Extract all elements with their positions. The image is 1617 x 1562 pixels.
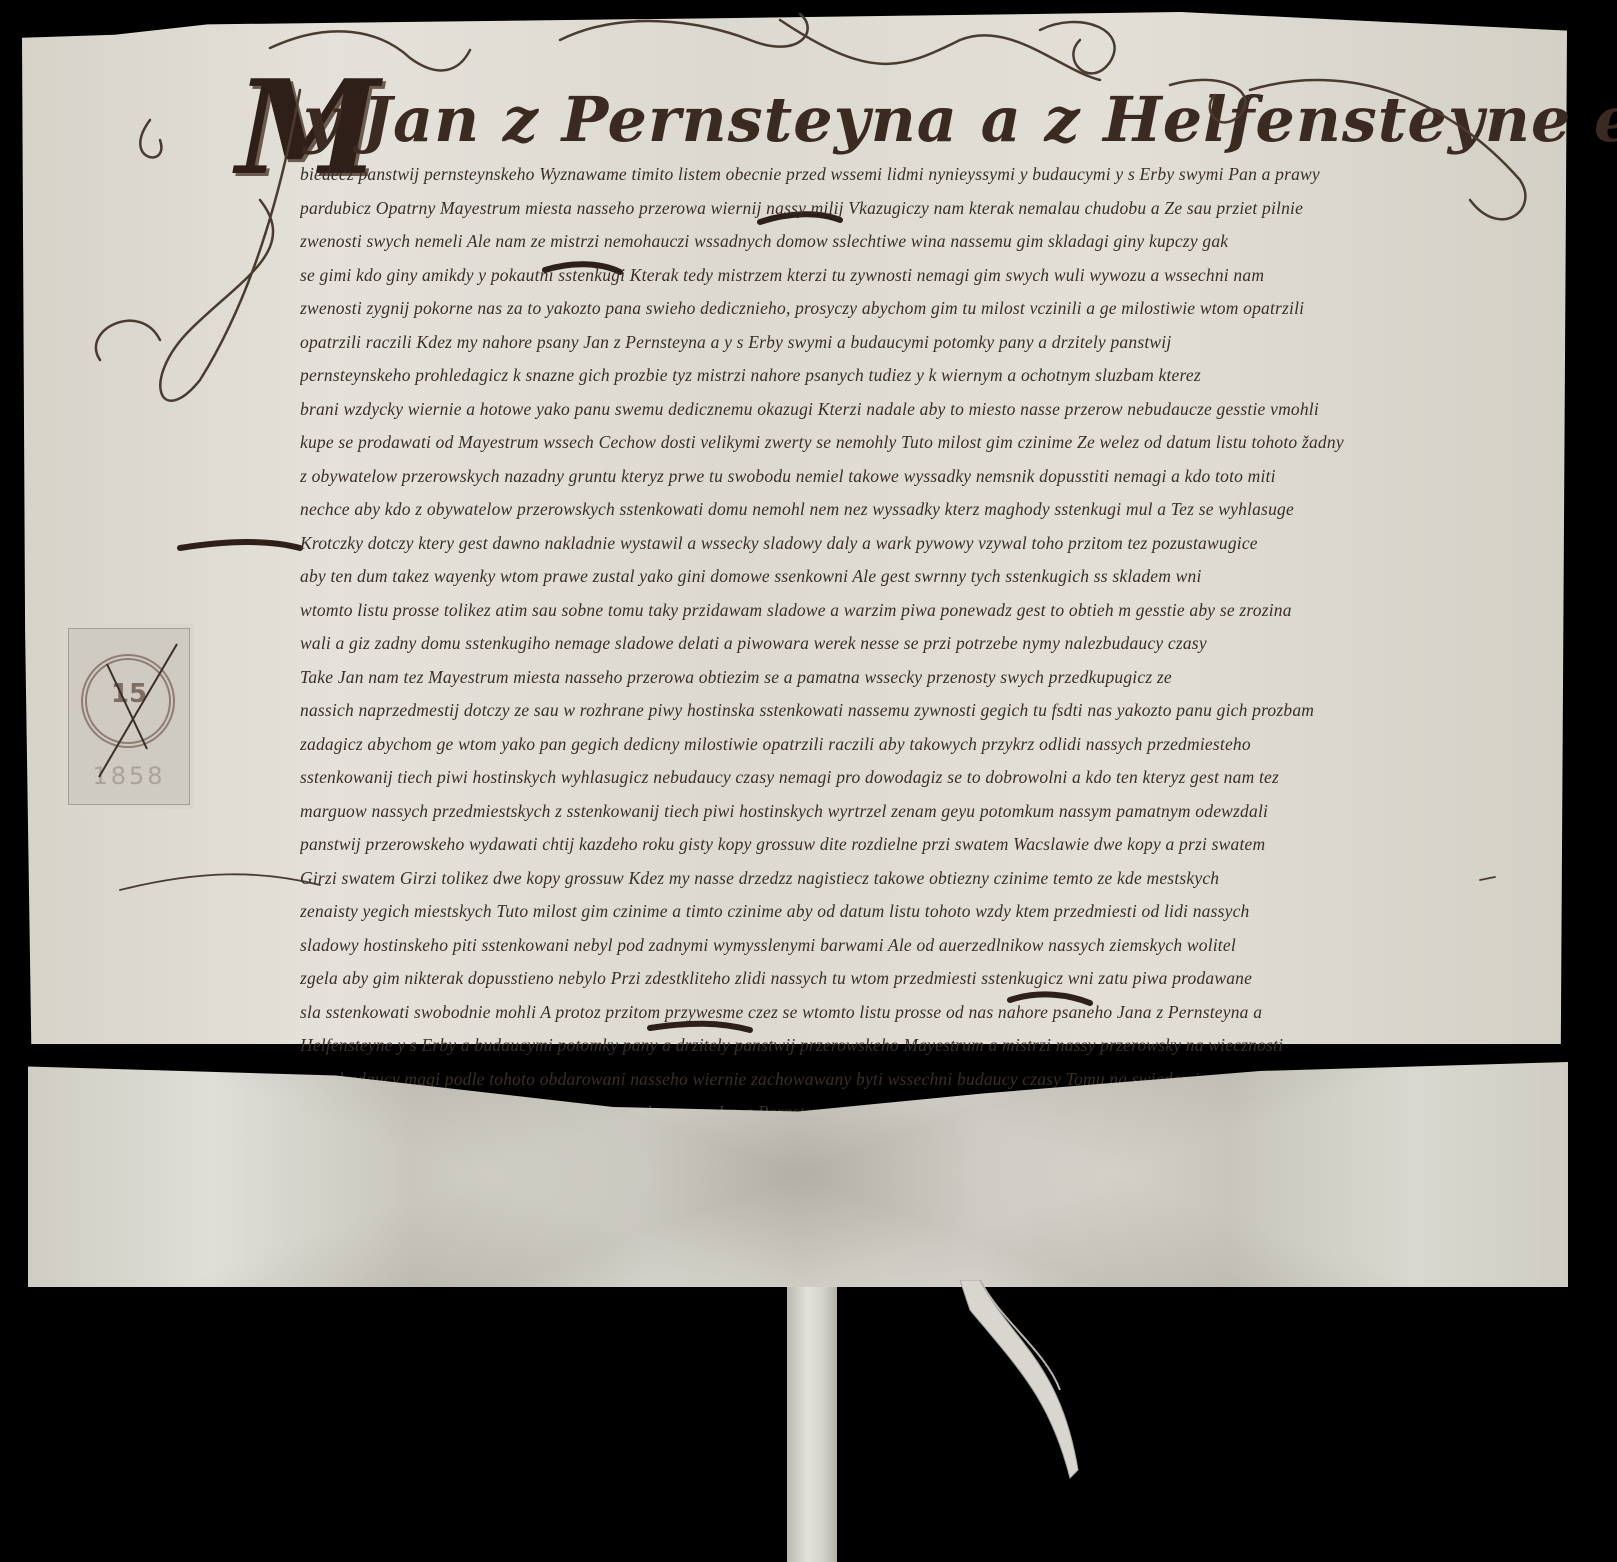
text-line: Girzi swatem Girzi tolikez dwe kopy gros… bbox=[300, 862, 1485, 896]
text-line: pardubicz Opatrny Mayestrum miesta nasse… bbox=[300, 192, 1485, 226]
text-line: wtomto listu prosse tolikez atim sau sob… bbox=[300, 594, 1485, 628]
revenue-stamp: 15 1858 bbox=[68, 628, 190, 805]
hanging-ribbon-icon bbox=[950, 1280, 1130, 1480]
text-line: nechce aby kdo z obywatelow przerowskych… bbox=[300, 493, 1485, 527]
text-line: aby ten dum takez wayenky wtom prawe zus… bbox=[300, 560, 1485, 594]
text-line: panstwij przerowskeho wydawati chtij kaz… bbox=[300, 828, 1485, 862]
text-line: zwenosti swych nemeli Ale nam ze mistrzi… bbox=[300, 225, 1485, 259]
text-line: Take Jan nam tez Mayestrum miesta nasseh… bbox=[300, 661, 1485, 695]
text-line: zgela aby gim nikterak dopusstieno nebyl… bbox=[300, 962, 1485, 996]
text-line: z obywatelow przerowskych nazadny gruntu… bbox=[300, 460, 1485, 494]
text-line: sladowy hostinskeho piti sstenkowani neb… bbox=[300, 929, 1485, 963]
text-line: zwenosti zygnij pokorne nas za to yakozt… bbox=[300, 292, 1485, 326]
heading-text: y Jan z Pernsteyna a z Helfensteyne etc. bbox=[303, 83, 1617, 156]
text-line: Krotczky dotczy ktery gest dawno nakladn… bbox=[300, 527, 1485, 561]
text-line: sla sstenkowati swobodnie mohli A protoz… bbox=[300, 996, 1485, 1030]
text-line: Helfensteyne y s Erby a budaucymi potomk… bbox=[300, 1029, 1485, 1063]
text-line: kupe se prodawati od Mayestrum wssech Ce… bbox=[300, 426, 1485, 460]
text-line: pernsteynskeho prohledagicz k snazne gic… bbox=[300, 359, 1485, 393]
text-line: nassich naprzedmestij dotczy ze sau w ro… bbox=[300, 694, 1485, 728]
text-line: wali a giz zadny domu sstenkugiho nemage… bbox=[300, 627, 1485, 661]
text-line: zenaisty yegich miestskych Tuto milost g… bbox=[300, 895, 1485, 929]
text-line: se gimi kdo giny amikdy y pokautni ssten… bbox=[300, 259, 1485, 293]
text-line: opatrzili raczili Kdez my nahore psany J… bbox=[300, 326, 1485, 360]
text-line: sstenkowanij tiech piwi hostinskych wyhl… bbox=[300, 761, 1485, 795]
charter-body-text: biedecz panstwij pernsteynskeho Wyznawam… bbox=[300, 158, 1485, 1230]
text-line: marguow nassych przedmiestskych z sstenk… bbox=[300, 795, 1485, 829]
text-line: zadagicz abychom ge wtom yako pan gegich… bbox=[300, 728, 1485, 762]
text-line: brani wzdycky wiernie a hotowe yako panu… bbox=[300, 393, 1485, 427]
charter-heading: M y Jan z Pernsteyna a z Helfensteyne et… bbox=[118, 35, 1268, 145]
cancellation-cross-icon bbox=[69, 629, 189, 804]
text-line: biedecz panstwij pernsteynskeho Wyznawam… bbox=[300, 158, 1485, 192]
